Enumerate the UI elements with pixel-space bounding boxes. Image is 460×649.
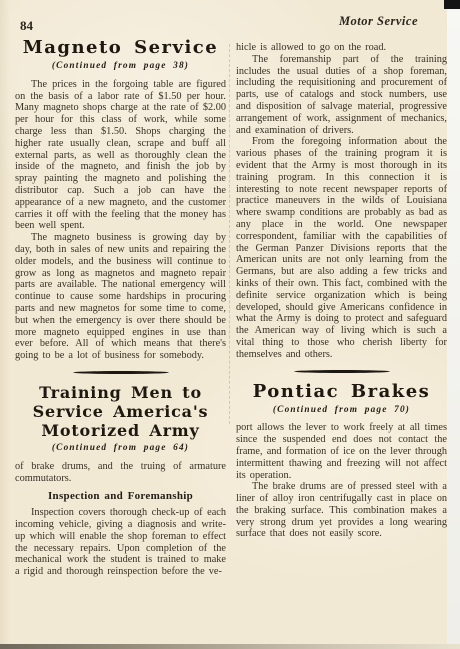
scan-edge-bottom (0, 644, 460, 649)
paragraph: The prices in the forgoing table are fig… (15, 79, 226, 232)
running-title: Motor Service (339, 14, 418, 29)
column-left: Magneto Service (Continued from page 38)… (15, 38, 226, 578)
continued-from-note: (Continued from page 64) (15, 443, 226, 455)
paragraph: Inspection covers thorough check-up of e… (15, 507, 226, 578)
page-number: 84 (20, 18, 33, 34)
article-magneto-service: Magneto Service (Continued from page 38)… (15, 38, 226, 362)
article-title: Pontiac Brakes (236, 382, 447, 402)
scan-edge-right (447, 0, 460, 649)
subheading-inspection-foremanship: Inspection and Foremanship (15, 491, 226, 503)
paragraph: The foremanship part of the training inc… (236, 54, 447, 137)
section-divider (73, 371, 169, 374)
continued-from-note: (Continued from page 38) (15, 61, 226, 73)
section-divider (294, 370, 390, 373)
paragraph: port allows the lever to work freely at … (236, 422, 447, 481)
scan-corner-mark (444, 0, 460, 9)
magazine-page: 84 Motor Service Magneto Service (Contin… (0, 0, 460, 649)
column-divider (229, 44, 230, 424)
column-right: hicle is allowed to go on the road. The … (236, 42, 447, 540)
article-title: Training Men to Service America's Motori… (15, 383, 226, 440)
article-training-continuation: hicle is allowed to go on the road. The … (236, 42, 447, 361)
paragraph: The brake drums are of pressed steel wit… (236, 481, 447, 540)
article-title: Magneto Service (15, 38, 226, 58)
article-pontiac-brakes: Pontiac Brakes (Continued from page 70) … (236, 382, 447, 541)
article-training-men: Training Men to Service America's Motori… (15, 383, 226, 578)
continued-from-note: (Continued from page 70) (236, 405, 447, 417)
paragraph: From the foregoing information about the… (236, 136, 447, 360)
paragraph: hicle is allowed to go on the road. (236, 42, 447, 54)
paragraph: The magneto business is growing day by d… (15, 232, 226, 362)
paragraph: of brake drums, and the truing of armatu… (15, 461, 226, 485)
